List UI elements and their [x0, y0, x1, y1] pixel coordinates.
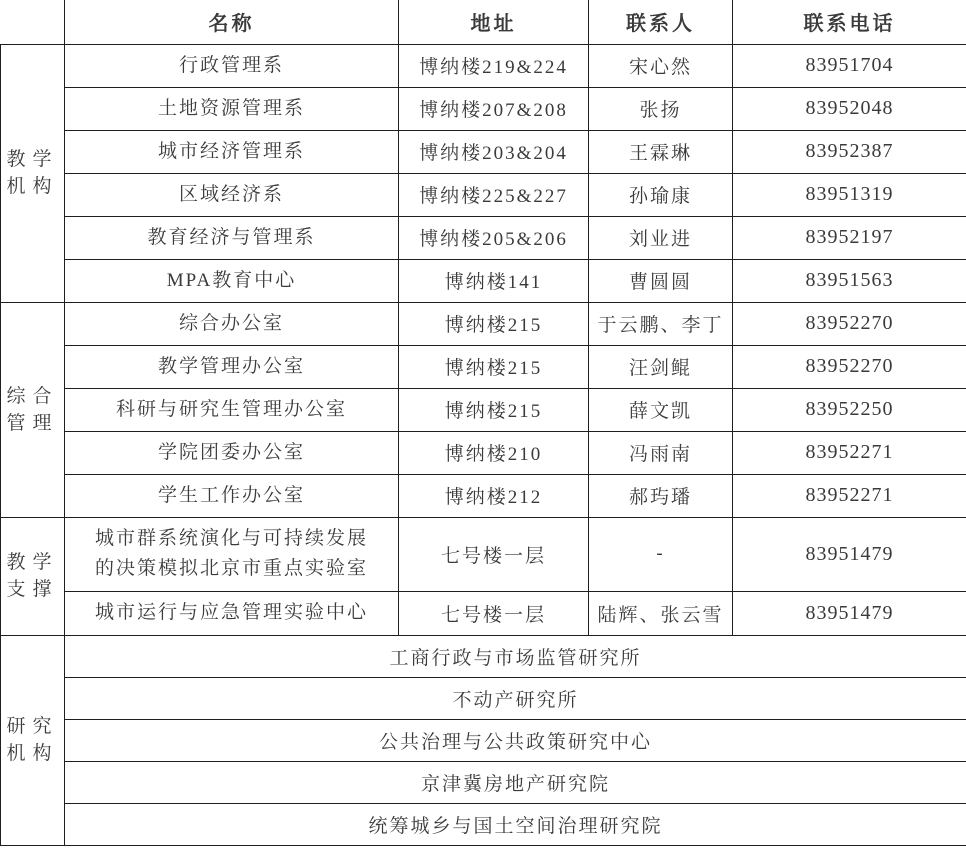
address-cell: 博纳楼225&227	[399, 173, 589, 216]
phone-number-cell: 83952271	[733, 474, 966, 517]
address-cell: 博纳楼203&204	[399, 130, 589, 173]
unit-name-cell: 学院团委办公室	[65, 431, 399, 474]
address-cell: 博纳楼215	[399, 388, 589, 431]
address-cell: 博纳楼141	[399, 259, 589, 302]
phone-number-cell: 83951319	[733, 173, 966, 216]
row-group-label-line: 支撑	[1, 576, 64, 603]
table-row: 教学支撑城市群系统演化与可持续发展 的决策模拟北京市重点实验室七号楼一层-839…	[1, 517, 966, 591]
contact-person-cell: 郝玙璠	[589, 474, 733, 517]
contact-person-cell: 曹圆圆	[589, 259, 733, 302]
table-row: 研究机构工商行政与市场监管研究所	[1, 635, 966, 677]
column-header-name: 名称	[65, 0, 399, 44]
row-group-label-line: 机构	[1, 173, 64, 200]
phone-number-cell: 83951563	[733, 259, 966, 302]
table-row: 城市运行与应急管理实验中心七号楼一层陆辉、张云雪83951479	[1, 591, 966, 635]
contact-person-cell: 孙瑜康	[589, 173, 733, 216]
table-row: 公共治理与公共政策研究中心	[1, 719, 966, 761]
address-cell: 七号楼一层	[399, 517, 589, 591]
department-contacts-page: 名称 地址 联系人 联系电话 教学机构行政管理系博纳楼219&224宋心然839…	[0, 0, 966, 851]
row-group-label: 综合管理	[1, 302, 65, 517]
unit-name-cell: 学生工作办公室	[65, 474, 399, 517]
row-group-label: 研究机构	[1, 635, 65, 845]
contact-person-cell: 王霖琳	[589, 130, 733, 173]
phone-number-cell: 83952250	[733, 388, 966, 431]
phone-number-cell: 83952197	[733, 216, 966, 259]
table-row: 科研与研究生管理办公室博纳楼215薛文凯83952250	[1, 388, 966, 431]
address-cell: 博纳楼205&206	[399, 216, 589, 259]
contact-person-cell: 汪剑鲲	[589, 345, 733, 388]
address-cell: 博纳楼212	[399, 474, 589, 517]
row-group-label-line: 机构	[1, 740, 64, 767]
table-row: 土地资源管理系博纳楼207&208张扬83952048	[1, 87, 966, 130]
phone-number-cell: 83952271	[733, 431, 966, 474]
unit-name-cell: 行政管理系	[65, 44, 399, 87]
row-group-label-line: 教学	[1, 146, 64, 173]
unit-name-cell: 城市群系统演化与可持续发展 的决策模拟北京市重点实验室	[65, 517, 399, 591]
contact-person-cell: -	[589, 517, 733, 591]
contact-person-cell: 薛文凯	[589, 388, 733, 431]
institute-name-cell: 公共治理与公共政策研究中心	[65, 719, 966, 761]
unit-name-cell: 科研与研究生管理办公室	[65, 388, 399, 431]
table-row: 区域经济系博纳楼225&227孙瑜康83951319	[1, 173, 966, 216]
column-header-phone: 联系电话	[733, 0, 966, 44]
phone-number-cell: 83952387	[733, 130, 966, 173]
institute-name-cell: 统筹城乡与国土空间治理研究院	[65, 803, 966, 845]
phone-number-cell: 83952270	[733, 302, 966, 345]
row-group-label: 教学机构	[1, 44, 65, 302]
row-group-label-line: 管理	[1, 410, 64, 437]
address-cell: 博纳楼219&224	[399, 44, 589, 87]
unit-name-cell: 土地资源管理系	[65, 87, 399, 130]
unit-name-cell: MPA教育中心	[65, 259, 399, 302]
address-cell: 七号楼一层	[399, 591, 589, 635]
unit-name-cell: 城市经济管理系	[65, 130, 399, 173]
table-row: 教学机构行政管理系博纳楼219&224宋心然83951704	[1, 44, 966, 87]
institute-name-cell: 工商行政与市场监管研究所	[65, 635, 966, 677]
table-row: 城市经济管理系博纳楼203&204王霖琳83952387	[1, 130, 966, 173]
phone-number-cell: 83952048	[733, 87, 966, 130]
contact-person-cell: 冯雨南	[589, 431, 733, 474]
table-row: 综合管理综合办公室博纳楼215于云鹏、李丁83952270	[1, 302, 966, 345]
department-contacts-table: 名称 地址 联系人 联系电话 教学机构行政管理系博纳楼219&224宋心然839…	[0, 0, 966, 846]
column-header-address: 地址	[399, 0, 589, 44]
unit-name-cell: 教育经济与管理系	[65, 216, 399, 259]
address-cell: 博纳楼215	[399, 302, 589, 345]
corner-cell	[1, 0, 65, 44]
unit-name-cell: 区域经济系	[65, 173, 399, 216]
contact-person-cell: 张扬	[589, 87, 733, 130]
contact-person-cell: 陆辉、张云雪	[589, 591, 733, 635]
row-group-label: 教学支撑	[1, 517, 65, 635]
contact-person-cell: 宋心然	[589, 44, 733, 87]
unit-name-cell: 城市运行与应急管理实验中心	[65, 591, 399, 635]
header-row: 名称 地址 联系人 联系电话	[1, 0, 966, 44]
contact-person-cell: 刘业进	[589, 216, 733, 259]
phone-number-cell: 83951479	[733, 591, 966, 635]
table-row: 学院团委办公室博纳楼210冯雨南83952271	[1, 431, 966, 474]
table-row: 学生工作办公室博纳楼212郝玙璠83952271	[1, 474, 966, 517]
column-header-contact: 联系人	[589, 0, 733, 44]
table-row: 不动产研究所	[1, 677, 966, 719]
row-group-label-line: 研究	[1, 713, 64, 740]
row-group-label-line: 综合	[1, 383, 64, 410]
phone-number-cell: 83951479	[733, 517, 966, 591]
institute-name-cell: 不动产研究所	[65, 677, 966, 719]
unit-name-cell: 综合办公室	[65, 302, 399, 345]
table-row: 教学管理办公室博纳楼215汪剑鲲83952270	[1, 345, 966, 388]
address-cell: 博纳楼207&208	[399, 87, 589, 130]
phone-number-cell: 83952270	[733, 345, 966, 388]
address-cell: 博纳楼210	[399, 431, 589, 474]
table-row: 统筹城乡与国土空间治理研究院	[1, 803, 966, 845]
table-row: MPA教育中心博纳楼141曹圆圆83951563	[1, 259, 966, 302]
address-cell: 博纳楼215	[399, 345, 589, 388]
contact-person-cell: 于云鹏、李丁	[589, 302, 733, 345]
row-group-label-line: 教学	[1, 549, 64, 576]
table-row: 教育经济与管理系博纳楼205&206刘业进83952197	[1, 216, 966, 259]
unit-name-cell: 教学管理办公室	[65, 345, 399, 388]
table-row: 京津冀房地产研究院	[1, 761, 966, 803]
phone-number-cell: 83951704	[733, 44, 966, 87]
institute-name-cell: 京津冀房地产研究院	[65, 761, 966, 803]
